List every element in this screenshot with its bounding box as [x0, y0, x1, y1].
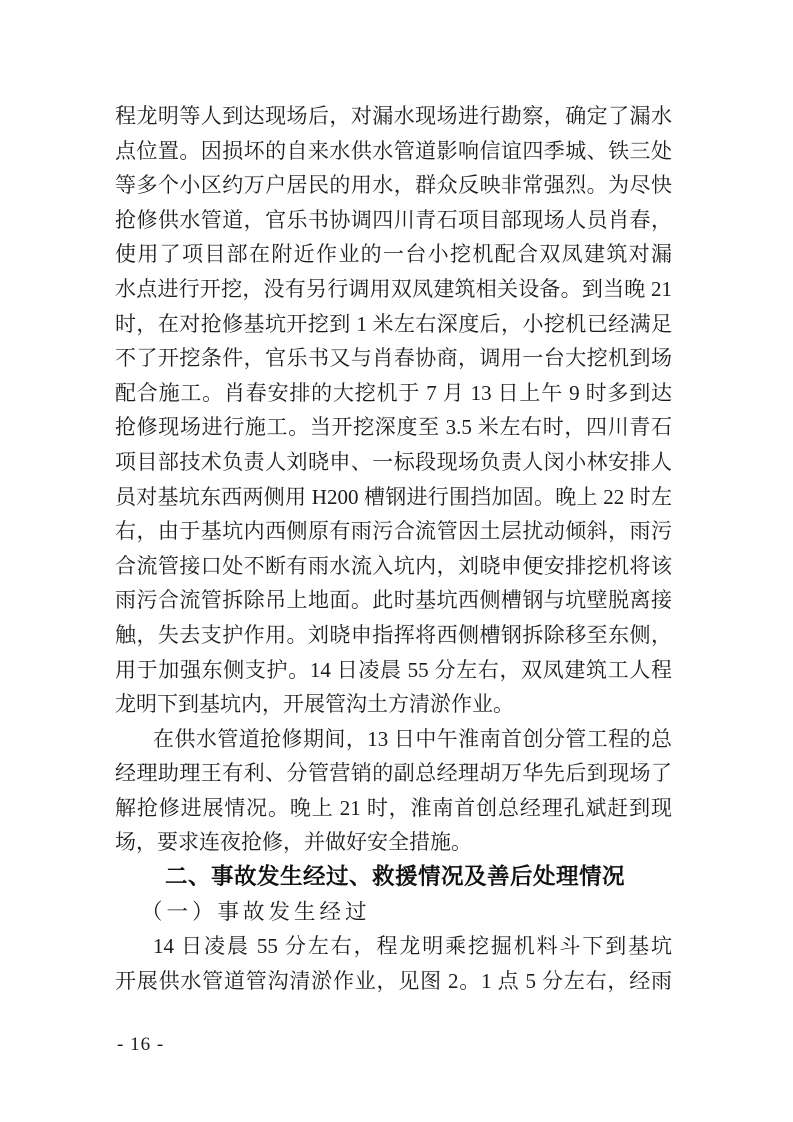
text-line: 用于加强东侧支护。14 日凌晨 55 分左右，双凤建筑工人程 — [115, 653, 672, 688]
text-line: 点位置。因损坏的自来水供水管道影响信谊四季城、铁三处 — [115, 134, 672, 169]
text-line: 合流管接口处不断有雨水流入坑内，刘晓申便安排挖机将该 — [115, 549, 672, 584]
text-line: 时，在对抢修基坑开挖到 1 米左右深度后，小挖机已经满足 — [115, 307, 672, 342]
text-line: 水点进行开挖，没有另行调用双凤建筑相关设备。到当晚 21 — [115, 272, 672, 307]
page-number: - 16 - — [117, 1033, 164, 1057]
text-line: 项目部技术负责人刘晓申、一标段现场负责人闵小林安排人 — [115, 445, 672, 480]
text-line: 解抢修进展情况。晚上 21 时，淮南首创总经理孔斌赶到现 — [115, 791, 672, 826]
text-line: 在供水管道抢修期间，13 日中午淮南首创分管工程的总 — [115, 722, 672, 757]
text-line: 不了开挖条件，官乐书又与肖春协商，调用一台大挖机到场 — [115, 341, 672, 376]
text-line: 抢修现场进行施工。当开挖深度至 3.5 米左右时，四川青石 — [115, 410, 672, 445]
text-line: 等多个小区约万户居民的用水，群众反映非常强烈。为尽快 — [115, 168, 672, 203]
text-line: 开展供水管道管沟清淤作业，见图 2。1 点 5 分左右，经雨 — [115, 964, 672, 999]
text-line: 雨污合流管拆除吊上地面。此时基坑西侧槽钢与坑壁脱离接 — [115, 583, 672, 618]
text-line: 抢修供水管道，官乐书协调四川青石项目部现场人员肖春， — [115, 203, 672, 238]
text-line: 使用了项目部在附近作业的一台小挖机配合双凤建筑对漏 — [115, 237, 672, 272]
text-line: 经理助理王有利、分管营销的副总经理胡万华先后到现场了 — [115, 756, 672, 791]
text-line: 龙明下到基坑内，开展管沟土方清淤作业。 — [115, 687, 672, 722]
subsection-heading: （一）事故发生经过 — [115, 895, 672, 930]
text-line: 场，要求连夜抢修，并做好安全措施。 — [115, 825, 672, 860]
document-page: 程龙明等人到达现场后，对漏水现场进行勘察，确定了漏水 点位置。因损坏的自来水供水… — [0, 0, 793, 1122]
text-line: 程龙明等人到达现场后，对漏水现场进行勘察，确定了漏水 — [115, 99, 672, 134]
text-line: 触，失去支护作用。刘晓申指挥将西侧槽钢拆除移至东侧， — [115, 618, 672, 653]
text-line: 配合施工。肖春安排的大挖机于 7 月 13 日上午 9 时多到达 — [115, 376, 672, 411]
text-line: 14 日凌晨 55 分左右，程龙明乘挖掘机料斗下到基坑内， — [115, 929, 672, 964]
section-heading: 二、事故发生经过、救援情况及善后处理情况 — [115, 860, 672, 895]
text-line: 员对基坑东西两侧用 H200 槽钢进行围挡加固。晚上 22 时左 — [115, 480, 672, 515]
body-text: 程龙明等人到达现场后，对漏水现场进行勘察，确定了漏水 点位置。因损坏的自来水供水… — [115, 99, 672, 998]
text-line: 右，由于基坑内西侧原有雨污合流管因土层扰动倾斜，雨污 — [115, 514, 672, 549]
